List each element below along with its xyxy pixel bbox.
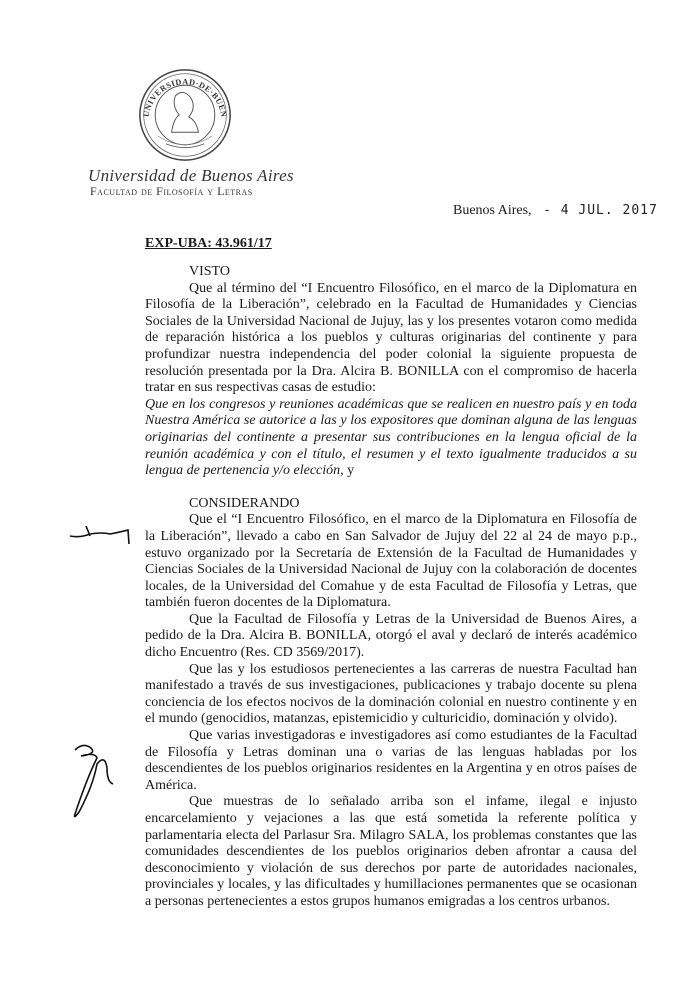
document-body: VISTO Que al término del “I Encuentro Fi… [145, 264, 637, 911]
visto-proposal: Que en los congresos y reuniones académi… [145, 397, 637, 480]
considerando-paragraph: Que varias investigadoras e investigador… [145, 728, 637, 794]
considerando-heading: CONSIDERANDO [145, 496, 637, 513]
proposal-text: Que en los congresos y reuniones académi… [145, 397, 637, 478]
considerando-paragraph: Que muestras de lo señalado arriba son e… [145, 794, 637, 910]
considerando-paragraph: Que el “I Encuentro Filosófico, en el ma… [145, 512, 637, 612]
date-line: Buenos Aires, - 4 JUL. 2017 [453, 203, 658, 219]
margin-signature-icon [65, 744, 125, 824]
considerando-paragraph: Que las y los estudiosos pertenecientes … [145, 662, 637, 728]
considerando-paragraph: Que la Facultad de Filosofía y Letras de… [145, 612, 637, 662]
visto-paragraph: Que al término del “I Encuentro Filosófi… [145, 281, 637, 397]
university-name: Universidad de Buenos Aires [88, 166, 294, 186]
margin-initial-mark-icon [66, 518, 136, 548]
university-seal-icon: UNIVERSIDAD·DE·BUENOS·AIRES [137, 67, 233, 163]
date-stamp: - 4 JUL. 2017 [543, 203, 658, 218]
proposal-tail: y [344, 463, 355, 478]
visto-heading: VISTO [145, 264, 637, 281]
expediente-number: EXP-UBA: 43.961/17 [145, 236, 272, 252]
faculty-name: Facultad de Filosofía y Letras [90, 184, 253, 199]
place: Buenos Aires, [453, 203, 532, 218]
